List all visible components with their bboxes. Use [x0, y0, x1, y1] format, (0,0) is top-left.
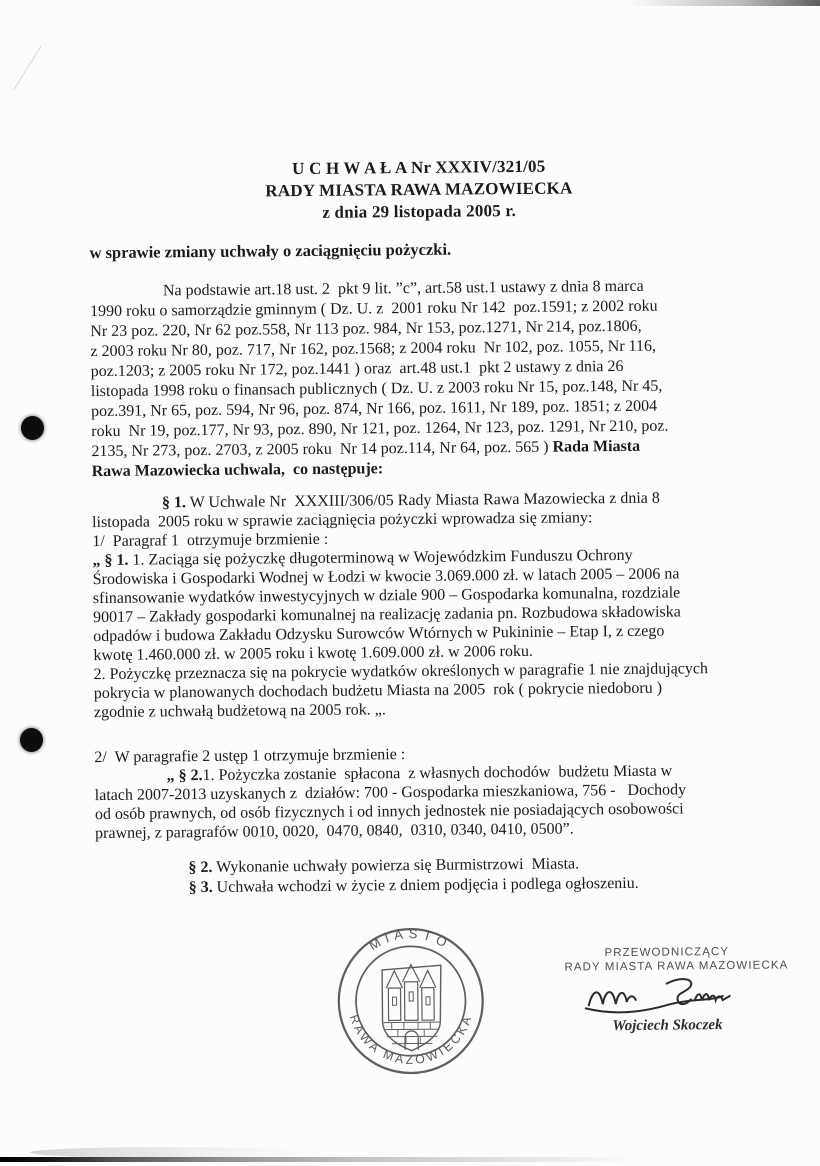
scanned-text-layer: U C H W A Ł A Nr XXXIV/321/05 RADY MIAST…: [0, 0, 820, 1166]
text-run-bold: „ § 1.: [92, 552, 128, 569]
signer-role-line2: RADY MIASTA RAWA MAZOWIECKA: [564, 959, 769, 975]
seal-top-text: MIASTO: [366, 925, 454, 953]
closing-paragraphs: § 2. Wykonanie uchwały powierza się Burm…: [95, 852, 795, 899]
text-run: 1/ Paragraf 1 otrzymuje brzmienie :: [92, 531, 328, 550]
signer-name: Wojciech Skoczek: [565, 1017, 770, 1036]
section-1-paragraph: § 1. W Uchwale Nr XXXIII/306/05 Rady Mia…: [92, 487, 819, 722]
document-page: U C H W A Ł A Nr XXXIV/321/05 RADY MIAST…: [0, 0, 820, 1166]
city-seal-stamp: MIASTO RAWA MAZOWIECKA: [334, 924, 487, 1077]
title-block: U C H W A Ł A Nr XXXIV/321/05 RADY MIAST…: [119, 154, 720, 226]
text-run-bold: § 3.: [189, 879, 213, 896]
subject-line: w sprawie zmiany uchwały o zaciągnięciu …: [89, 240, 451, 263]
text-run: prawnej, z paragrafów 0010, 0020, 0470, …: [95, 820, 574, 842]
hole-punch-mark-top: [21, 416, 44, 440]
text-run: listopada 2005 roku w sprawie zaciągnięc…: [92, 509, 592, 531]
text-run: Na podstawie art.18 ust. 2 pkt 9 lit. ”c…: [163, 278, 644, 300]
hole-punch-mark-bottom: [20, 728, 43, 752]
signature-block: PRZEWODNICZĄCY RADY MIASTA RAWA MAZOWIEC…: [564, 945, 770, 1036]
svg-text:MIASTO: MIASTO: [366, 925, 454, 953]
text-run-bold: Rada Miasta: [552, 438, 640, 456]
text-run-bold: Rawa Mazowiecka uchwala, co następuje:: [92, 460, 384, 480]
section-2-paragraph: 2/ W paragrafie 2 ustęp 1 otrzymuje brzm…: [94, 741, 820, 843]
text-run: 2/ W paragrafie 2 ustęp 1 otrzymuje brzm…: [94, 746, 405, 766]
text-run-bold: „ § 2.: [166, 767, 202, 784]
text-run-bold: § 2.: [188, 859, 212, 876]
text-run: 2135, Nr 273, poz. 2703, z 2005 roku Nr …: [91, 439, 552, 460]
text-run: Wykonanie uchwały powierza się Burmistrz…: [212, 855, 579, 876]
title-line-date: z dnia 29 listopada 2005 r.: [119, 198, 719, 226]
handwritten-signature: [582, 976, 752, 1018]
scan-artifact-top-edge: [628, 0, 820, 6]
text-run: zgodnie z uchwałą budżetową na 2005 rok.…: [94, 701, 386, 721]
scan-artifact-bottom-edge: [0, 1157, 690, 1162]
text-run: Uchwała wchodzi w życie z dniem podjęcia…: [213, 875, 639, 896]
text-run-bold: § 1.: [162, 494, 186, 511]
legal-basis-paragraph: Na podstawie art.18 ust. 2 pkt 9 lit. ”c…: [90, 275, 807, 482]
